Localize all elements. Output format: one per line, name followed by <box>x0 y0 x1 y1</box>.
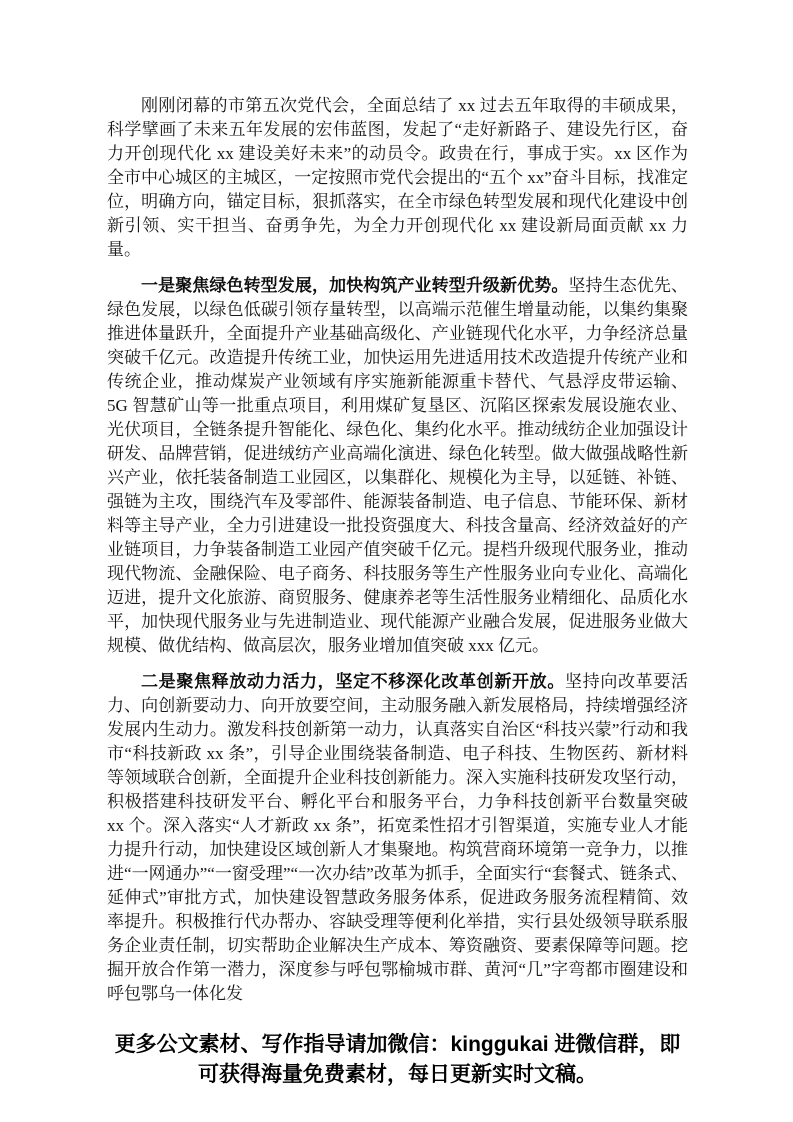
paragraph-intro: 刚刚闭幕的市第五次党代会，全面总结了 xx 过去五年取得的丰硕成果，科学擘画了未… <box>107 94 688 262</box>
paragraph-point-one: 一是聚焦绿色转型发展，加快构筑产业转型升级新优势。坚持生态优先、绿色发展，以绿色… <box>107 274 688 658</box>
promo-notice: 更多公文素材、写作指导请加微信：kinggukai 进微信群，即可获得海量免费素… <box>107 1030 688 1090</box>
document-content: 刚刚闭幕的市第五次党代会，全面总结了 xx 过去五年取得的丰硕成果，科学擘画了未… <box>107 94 688 1090</box>
paragraph-point-two: 二是聚焦释放动力活力，坚定不移深化改革创新开放。坚持向改革要活力、向创新要动力、… <box>107 670 688 1006</box>
paragraph-point-one-lead: 一是聚焦绿色转型发展，加快构筑产业转型升级新优势。 <box>141 276 568 295</box>
paragraph-point-two-body: 坚持向改革要活力、向创新要动力、向开放要空间，主动服务融入新发展格局，持续增强经… <box>107 672 688 1003</box>
paragraph-point-two-lead: 二是聚焦释放动力活力，坚定不移深化改革创新开放。 <box>141 672 565 691</box>
document-page: 刚刚闭幕的市第五次党代会，全面总结了 xx 过去五年取得的丰硕成果，科学擘画了未… <box>0 0 793 1122</box>
paragraph-point-one-body: 坚持生态优先、绿色发展，以绿色低碳引领存量转型，以高端示范催生增量动能，以集约集… <box>107 276 688 655</box>
